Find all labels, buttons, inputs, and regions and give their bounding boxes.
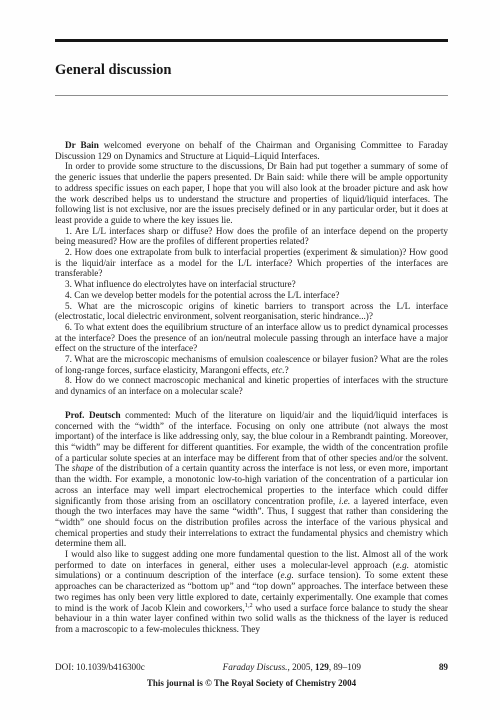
text-run: 4. Can we develop better models for the … — [65, 290, 339, 300]
footer-row: DOI: 10.1039/b416300c Faraday Discuss., … — [55, 662, 448, 672]
discussion-text: Dr Bain welcomed everyone on behalf of t… — [55, 140, 448, 635]
text-run: e.g. — [281, 570, 294, 580]
top-rule — [55, 39, 448, 42]
text-run: e.g. — [396, 560, 409, 570]
paragraph: 5. What are the microscopic origins of k… — [55, 301, 448, 322]
page-footer: DOI: 10.1039/b416300c Faraday Discuss., … — [55, 662, 448, 688]
paragraph: 2. How does one extrapolate from bulk to… — [55, 247, 448, 279]
text-run: 3. What influence do electrolytes have o… — [65, 279, 296, 289]
text-run: 5. What are the microscopic origins of k… — [55, 301, 448, 322]
text-run: Faraday Discuss. — [223, 662, 288, 672]
text-run: etc. — [272, 365, 285, 375]
page-number: 89 — [439, 662, 448, 672]
paragraph: 4. Can we develop better models for the … — [55, 290, 448, 301]
text-run: , 89–109 — [329, 662, 361, 672]
page-content: General discussion Dr Bain welcomed ever… — [55, 0, 448, 635]
text-run: 8. How do we connect macroscopic mechani… — [55, 375, 448, 396]
text-run: Dr Bain — [65, 140, 99, 150]
text-run: i.e. — [339, 496, 350, 506]
paragraph: Dr Bain welcomed everyone on behalf of t… — [55, 140, 448, 161]
text-run: ? — [285, 365, 289, 375]
text-run: I would also like to suggest adding one … — [55, 549, 448, 570]
paragraph: 8. How do we connect macroscopic mechani… — [55, 375, 448, 396]
paragraph: 7. What are the microscopic mechanisms o… — [55, 354, 448, 375]
text-run: shape — [72, 463, 93, 473]
doi-text: DOI: 10.1039/b416300c — [55, 662, 145, 672]
paragraph: Prof. Deutsch commented: Much of the lit… — [55, 410, 448, 549]
text-run: 1,2 — [245, 601, 253, 608]
text-run: 2. How does one extrapolate from bulk to… — [55, 247, 448, 278]
text-run: 129 — [315, 662, 329, 672]
text-run: In order to provide some structure to th… — [55, 161, 448, 225]
text-run: 7. What are the microscopic mechanisms o… — [55, 354, 448, 375]
text-run: welcomed everyone on behalf of the Chair… — [55, 140, 448, 161]
paragraph: 6. To what extent does the equilibrium s… — [55, 322, 448, 354]
journal-citation: Faraday Discuss., 2005, 129, 89–109 — [223, 662, 361, 672]
title-divider-rule — [55, 95, 448, 96]
journal-page: General discussion Dr Bain welcomed ever… — [0, 0, 500, 720]
paragraph: In order to provide some structure to th… — [55, 161, 448, 225]
paragraph: 1. Are L/L interfaces sharp or diffuse? … — [55, 226, 448, 247]
paragraph: I would also like to suggest adding one … — [55, 549, 448, 635]
paragraph: 3. What influence do electrolytes have o… — [55, 279, 448, 290]
page-title: General discussion — [55, 62, 448, 79]
text-run: Prof. Deutsch — [65, 410, 121, 420]
text-run: , 2005, — [287, 662, 315, 672]
text-run: 6. To what extent does the equilibrium s… — [55, 322, 448, 353]
text-run: 1. Are L/L interfaces sharp or diffuse? … — [55, 226, 448, 247]
copyright-line: This journal is © The Royal Society of C… — [55, 678, 448, 688]
